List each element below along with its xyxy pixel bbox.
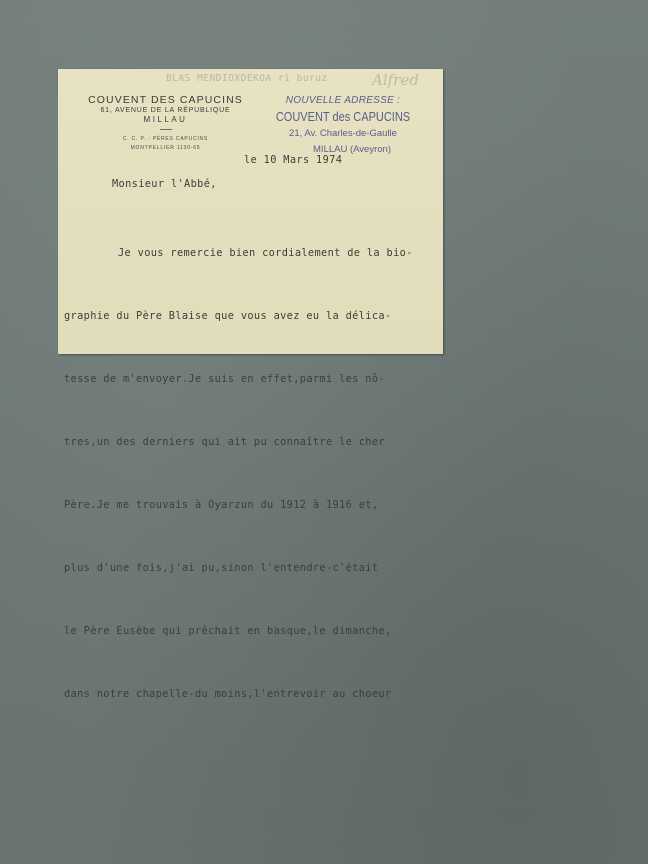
letterhead-title: COUVENT DES CAPUCINS xyxy=(78,94,253,106)
body-line: Père.Je me trouvais à Oyarzun du 1912 à … xyxy=(64,495,413,516)
pencil-annotation: BLAS MENDIOXDEKOA ri buruz xyxy=(166,73,328,84)
body-line: graphie du Père Blaise que vous avez eu … xyxy=(64,306,413,327)
body-line: dans notre chapelle-du moins,l'entrevoir… xyxy=(64,684,413,705)
letter-date: le 10 Mars 1974 xyxy=(244,154,342,166)
letterhead: COUVENT DES CAPUCINS 61, AVENUE DE LA RÉ… xyxy=(78,94,253,151)
body-line: tres,un des derniers qui ait pu connaîtr… xyxy=(64,432,413,453)
letterhead-divider xyxy=(160,129,172,130)
letter-card: BLAS MENDIOXDEKOA ri buruz Alfred COUVEN… xyxy=(58,69,443,354)
letterhead-address: 61, AVENUE DE LA RÉPUBLIQUE xyxy=(78,107,253,114)
body-line: plus d'une fois,j'ai pu,sinon l'entendre… xyxy=(64,558,413,579)
letter-body: Je vous remercie bien cordialement de la… xyxy=(64,201,413,747)
stamp-heading: NOUVELLE ADRESSE : xyxy=(261,95,425,106)
body-line: le Père Eusèbe qui prêchait en basque,le… xyxy=(64,621,413,642)
letterhead-ccp-city: MONTPELLIER 1130-65 xyxy=(78,145,253,151)
new-address-stamp: NOUVELLE ADRESSE : COUVENT des CAPUCINS … xyxy=(261,95,425,155)
pencil-signature: Alfred xyxy=(372,71,419,89)
salutation: Monsieur l'Abbé, xyxy=(112,178,217,190)
letterhead-ccp: C. C. P. : PÈRES CAPUCINS xyxy=(78,136,253,142)
body-line: Je vous remercie bien cordialement de la… xyxy=(64,243,413,264)
stamp-title: COUVENT des CAPUCINS xyxy=(271,110,415,124)
letterhead-city: MILLAU xyxy=(78,115,253,124)
stamp-street: 21, Av. Charles-de-Gaulle xyxy=(261,128,425,139)
body-line: tesse de m'envoyer.Je suis en effet,parm… xyxy=(64,369,413,390)
